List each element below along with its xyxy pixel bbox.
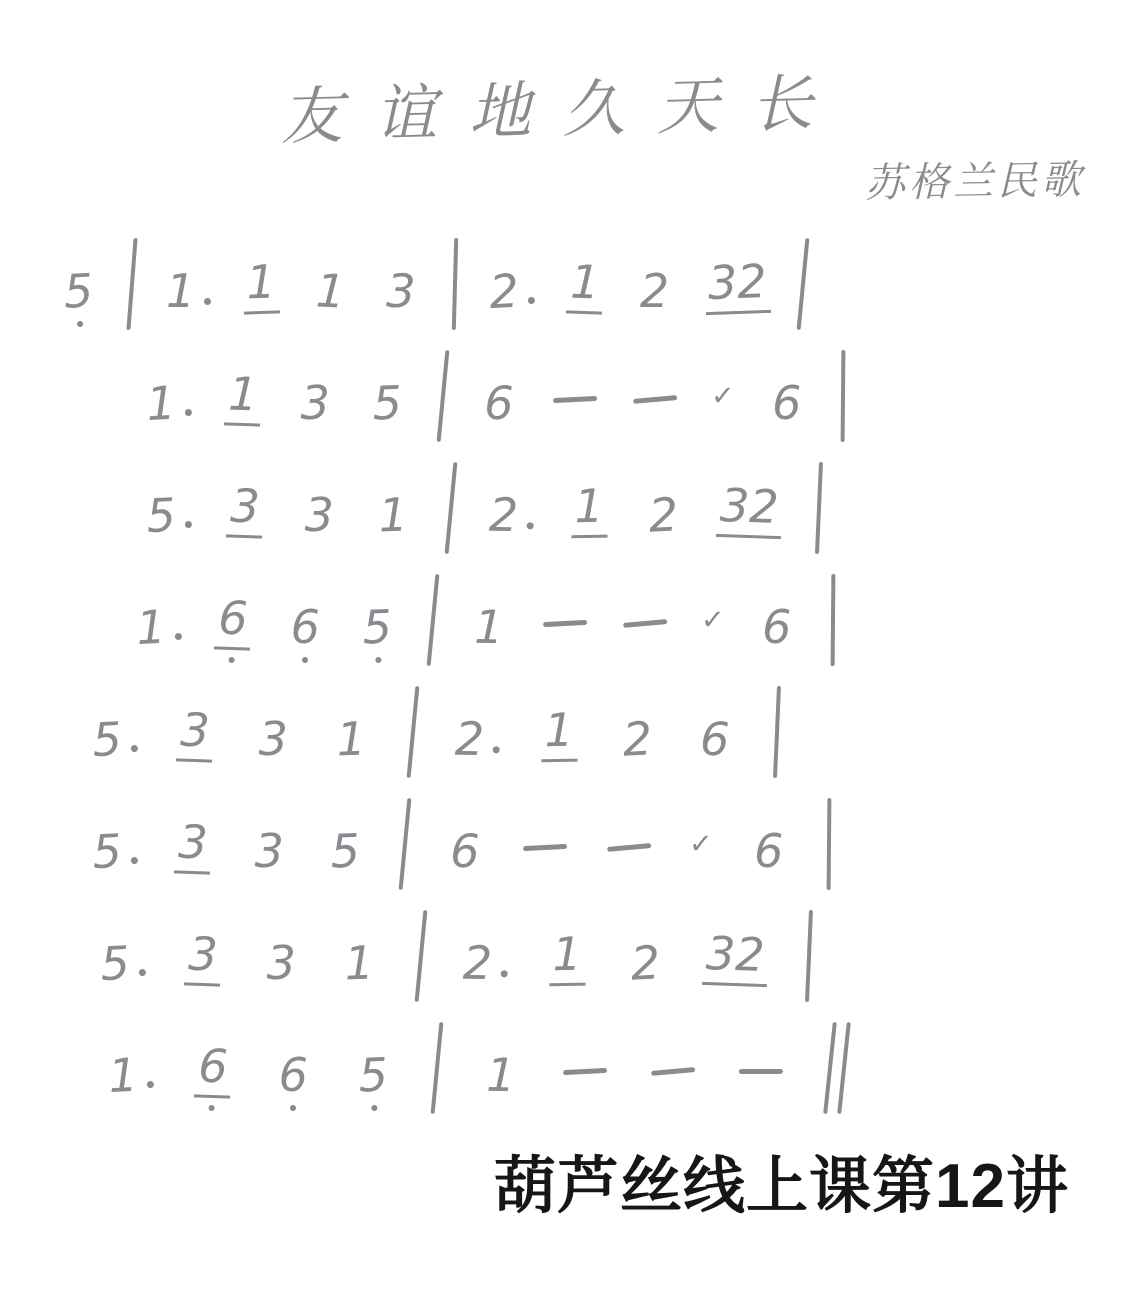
rhythm-dot [185,409,192,416]
note-value: 6 [215,594,252,650]
note: 5 [144,477,192,539]
rhythm-dot [147,1081,154,1088]
barline [126,236,137,332]
note-value: 3 [227,482,264,538]
dash-stroke [633,395,677,404]
score-line: 53356✓6 [0,788,1125,900]
note-value: 6 [195,1042,232,1098]
note: 1 [372,477,414,538]
breath-mark: ✓ [688,814,714,875]
extension-dash [521,814,570,875]
note-value: 1 [474,604,504,651]
note: 5 [366,365,408,426]
barline [427,572,440,668]
note: 3 [299,478,339,538]
barline [445,460,458,556]
note: 1 [134,589,182,651]
note-value: 32 [702,930,768,987]
note-value: 5 [358,1051,389,1098]
lesson-caption: 葫芦丝线上课第12讲 [494,1136,1069,1225]
score-line: 53312126 [0,676,1125,788]
barline [837,348,848,444]
note-value: 5 [362,603,393,650]
low-octave-dot [228,656,236,664]
note: 3 [249,814,289,874]
note-value: 3 [177,706,214,762]
note: 32 [716,477,783,539]
note-value: 2 [463,940,493,987]
note: 2 [635,254,675,314]
barline-stroke [840,350,845,442]
note-value: 2 [455,716,485,763]
note-value: 1 [243,258,280,314]
note: 6 [694,701,736,762]
dash-stroke [739,1069,783,1074]
score: 511132123211356✓653312123216651✓65331212… [0,228,1125,1124]
note: 2 [463,926,509,987]
barline-stroke [837,1022,851,1114]
note: 5 [90,813,138,875]
note-value: 2 [640,268,669,314]
rhythm-dot [528,297,535,304]
note: 5 [352,1037,394,1098]
breath-mark: ✓ [700,590,726,651]
rhythm-dot [501,970,508,977]
note-value: 1 [378,491,409,538]
note-value: 5 [91,716,123,763]
note-value: 1 [336,715,367,762]
barline-stroke [815,462,823,554]
note-value: 5 [372,379,403,426]
barline-stroke [407,686,420,778]
dash-stroke [553,396,597,403]
note: 32 [704,253,771,315]
note-value: 6 [754,828,783,874]
note: 1 [330,701,372,762]
note: 2 [489,478,535,539]
note: 5 [98,925,146,987]
note-value: 1 [344,939,375,986]
barline [823,796,834,892]
score-line: 533121232 [0,452,1125,564]
note-value: 1 [566,258,603,314]
low-octave-dot [289,1104,297,1112]
note-value: 6 [484,380,514,427]
note: 6 [749,814,789,874]
note-value: 1 [225,370,262,426]
note-value: 3 [255,828,284,874]
note-value: 1 [540,707,576,763]
note-value: 1 [315,267,347,314]
barline-stroke [452,238,458,330]
breath-mark: ✓ [710,366,736,427]
dash-stroke [651,1067,695,1076]
note-value: 32 [704,258,770,315]
barline-stroke [431,1022,444,1114]
rhythm-dot [131,857,138,864]
score-line: 5111321232 [0,228,1125,340]
note: 6 [445,814,486,875]
note: 3 [182,925,224,986]
note: 1 [338,925,380,986]
note-value: 1 [486,1052,516,1099]
barline [399,796,412,892]
note: 3 [174,701,216,762]
note: 1 [568,478,609,539]
note: 1 [144,365,192,427]
note-value: 5 [63,267,95,314]
barline [805,908,813,1004]
barline [450,236,460,332]
note-value: 1 [107,1052,139,1099]
low-octave-dot [301,656,309,664]
extension-dash [561,1038,610,1099]
note: 3 [381,254,422,315]
note: 3 [224,477,266,538]
barline [827,572,838,668]
note: 5 [90,701,138,763]
note: 6 [212,589,254,650]
barline-stroke [415,910,428,1002]
note-value: 5 [91,828,123,875]
note-value: 6 [450,828,480,875]
note-value: 5 [330,827,361,874]
note: 1 [564,253,606,314]
note: 1 [538,702,579,763]
note: 5 [356,589,398,650]
rhythm-dot [204,298,211,305]
note: 5 [324,813,366,874]
rhythm-dot [131,745,138,752]
note-value: 3 [259,716,288,762]
low-octave-dot [371,1104,379,1112]
barline [431,1020,444,1116]
extension-dash [630,365,681,427]
final-double-barline [825,1020,849,1116]
rhythm-dot [527,522,534,529]
barline-stroke [823,1022,837,1114]
note: 6 [767,366,807,426]
note: 3 [253,702,293,762]
note: 6 [192,1037,234,1098]
note-value: 3 [185,930,222,986]
note: 6 [757,590,797,650]
note: 6 [285,590,325,650]
note-value: 2 [489,492,519,539]
barline [815,460,823,556]
dash-stroke [623,619,667,628]
low-octave-dot [76,320,83,327]
score-line: 533121232 [0,900,1125,1012]
note: 6 [273,1038,313,1098]
note: 2 [488,253,536,315]
score-line: 16651✓6 [0,564,1125,676]
sheet-music-page: 友谊地久天长 苏格兰民歌 511132123211356✓65331212321… [0,0,1125,1299]
note-value: 3 [305,492,334,538]
note-value: 6 [772,380,801,426]
barline-stroke [773,686,781,778]
note-value: 2 [629,939,661,986]
extension-dash [736,1037,786,1099]
note: 32 [702,925,769,987]
note: 1 [546,926,587,987]
barline [415,908,428,1004]
note: 2 [615,701,658,763]
note-value: 3 [175,818,212,874]
note: 1 [469,590,510,651]
note-value: 1 [145,380,177,427]
rhythm-dot [175,633,182,640]
extension-dash [648,1037,699,1099]
barline-stroke [797,238,810,330]
note: 2 [455,702,501,763]
note-value: 6 [762,604,791,650]
note: 2 [641,477,684,539]
note: 3 [172,813,214,874]
barline-stroke [437,350,450,442]
barline [797,236,810,332]
low-octave-dot [375,656,383,664]
barline-stroke [445,462,458,554]
note-value: 6 [279,1052,308,1098]
note: 1 [481,1038,522,1099]
barline-stroke [427,574,440,666]
note-value: 5 [145,492,177,539]
score-line: 11356✓6 [0,340,1125,452]
note-value: 5 [99,940,131,987]
note: 1 [106,1037,154,1099]
barline [773,684,781,780]
note: 1 [240,253,282,314]
dash-stroke [523,844,567,851]
rhythm-dot [185,521,192,528]
score-line: 16651 [0,1012,1125,1124]
note: 1 [310,253,353,315]
note: 1 [222,365,264,426]
note-value: 32 [716,482,782,539]
note: 3 [261,926,301,986]
note: 2 [623,925,666,987]
extension-dash [604,813,655,875]
note-value: 3 [301,380,330,426]
rhythm-dot [139,969,146,976]
extension-dash [541,590,590,651]
note-value: 2 [647,491,679,538]
note-value: 6 [291,604,320,650]
note-value: 3 [267,940,296,986]
barline [407,684,420,780]
dash-stroke [543,620,587,627]
low-octave-dot [208,1104,216,1112]
note-value: 2 [621,715,653,762]
page-title: 友谊地久天长 [0,45,1125,163]
barline [437,348,450,444]
song-subtitle: 苏格兰民歌 [865,148,1086,209]
rhythm-dot [493,746,500,753]
note: 3 [295,366,335,426]
barline-stroke [805,910,813,1002]
note-value: 1 [570,483,606,539]
dash-stroke [607,843,651,852]
extension-dash [620,589,671,651]
barline-stroke [830,574,835,666]
note: 6 [479,366,520,427]
barline-stroke [399,798,412,890]
note-value: 1 [166,268,195,314]
note-value: 1 [135,604,167,651]
note: 1 [166,254,211,314]
dash-stroke [563,1068,607,1075]
note-value: 6 [699,715,730,762]
note-value: 1 [548,931,584,987]
extension-dash [551,366,600,427]
note-value: 2 [488,268,520,315]
barline-stroke [826,798,831,890]
barline-stroke [126,238,137,330]
note-value: 3 [386,268,416,315]
note: 5 [56,253,99,315]
